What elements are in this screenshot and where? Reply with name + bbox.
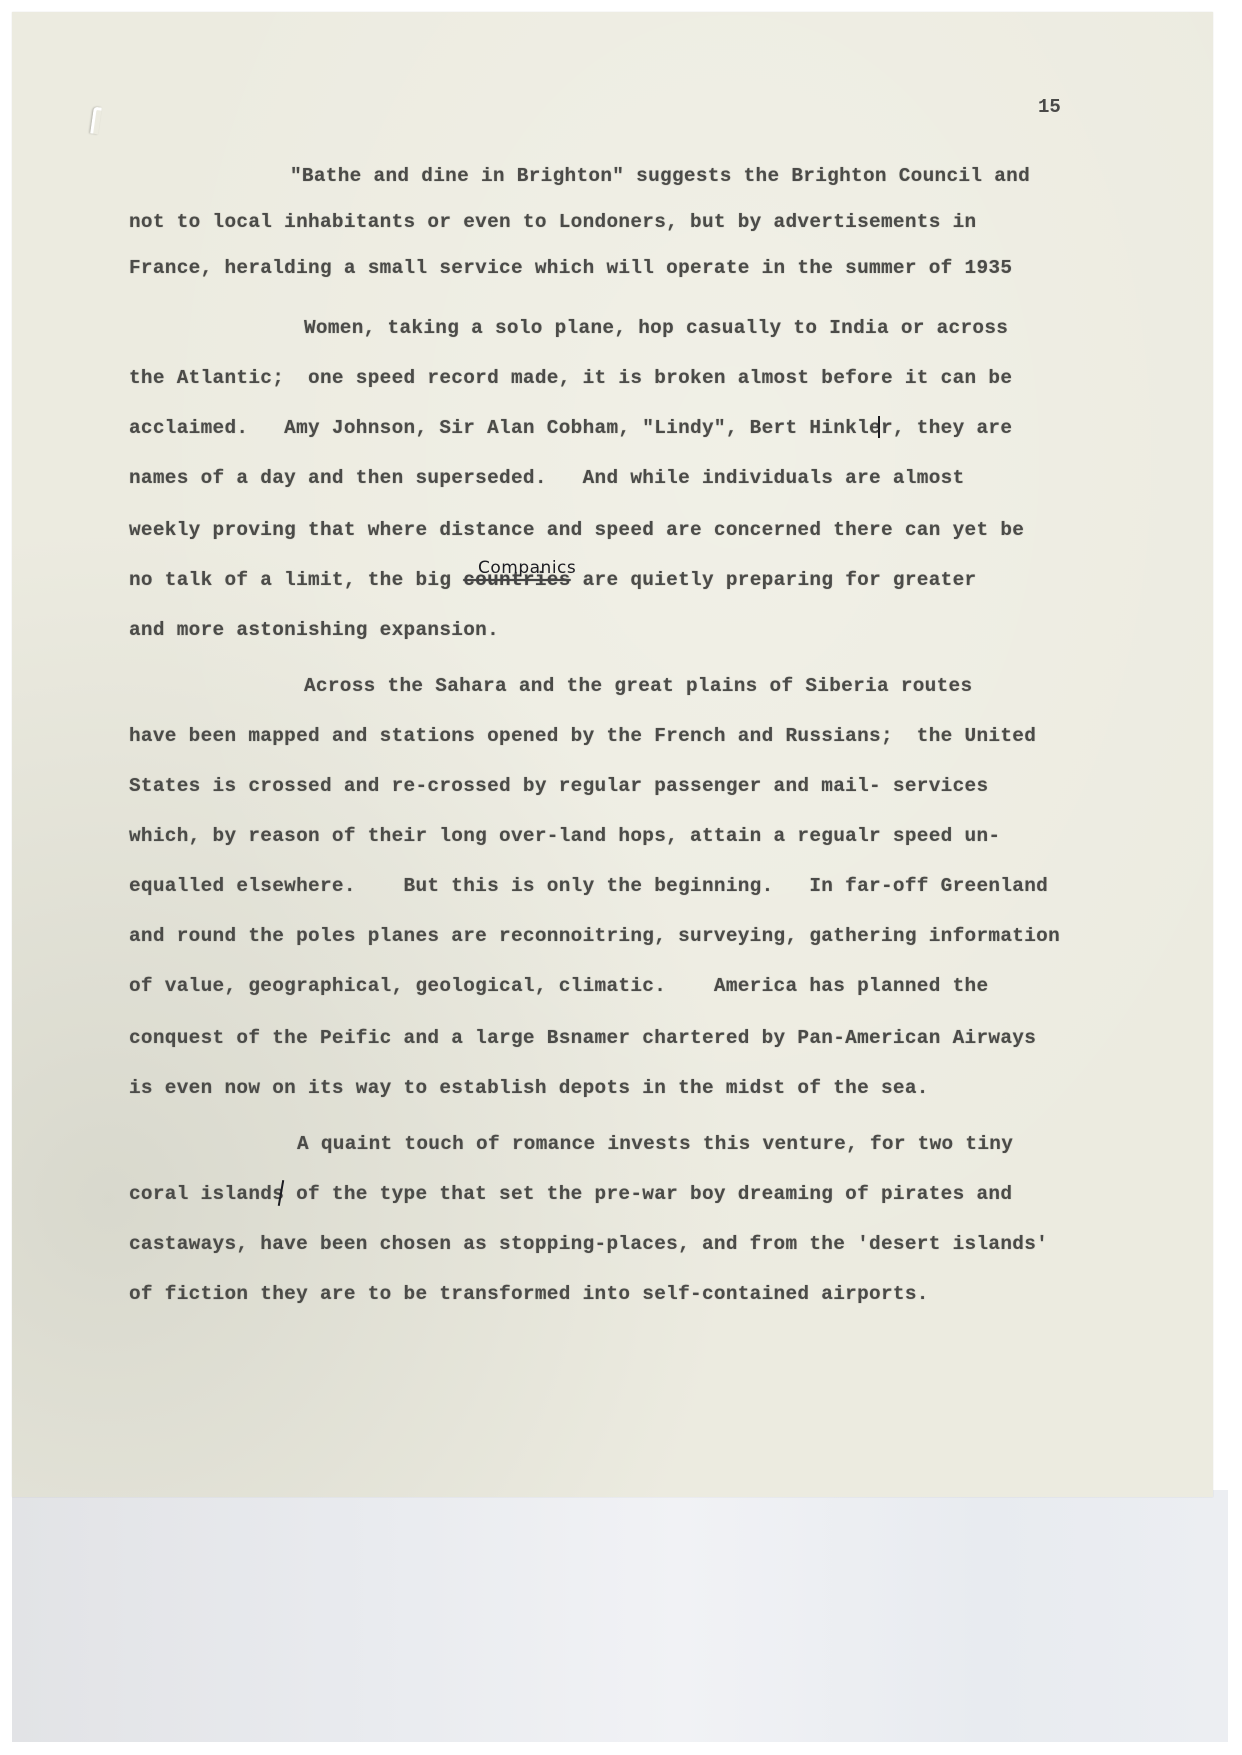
- text-segment: no talk of a limit, the big: [129, 569, 463, 591]
- text-line: States is crossed and re-crossed by regu…: [129, 775, 988, 797]
- text-line: conquest of the Peific and a large Bsnam…: [129, 1027, 1036, 1049]
- text-line: of value, geographical, geological, clim…: [129, 975, 988, 997]
- text-line: equalled elsewhere. But this is only the…: [129, 875, 1048, 897]
- page-number: 15: [1038, 96, 1061, 118]
- text-line: "Bathe and dine in Brighton" suggests th…: [290, 165, 1030, 187]
- pen-mark-hinkler: [878, 416, 880, 438]
- text-line: and round the poles planes are reconnoit…: [129, 925, 1060, 947]
- text-line: not to local inhabitants or even to Lond…: [129, 211, 976, 233]
- text-line: A quaint touch of romance invests this v…: [297, 1133, 1013, 1155]
- text-line: castaways, have been chosen as stopping-…: [129, 1233, 1048, 1255]
- text-line: of fiction they are to be transformed in…: [129, 1283, 929, 1305]
- text-segment: are quietly preparing for greater: [571, 569, 977, 591]
- text-line: weekly proving that where distance and s…: [129, 519, 1024, 541]
- typewritten-page: [12, 12, 1213, 1497]
- text-line: France, heralding a small service which …: [129, 257, 1012, 279]
- text-line: have been mapped and stations opened by …: [129, 725, 1036, 747]
- text-line: the Atlantic; one speed record made, it …: [129, 367, 1012, 389]
- text-line: Women, taking a solo plane, hop casually…: [304, 317, 1008, 339]
- text-line: names of a day and then superseded. And …: [129, 467, 965, 489]
- text-line: Across the Sahara and the great plains o…: [304, 675, 972, 697]
- text-line: coral islands of the type that set the p…: [129, 1183, 1012, 1205]
- text-line: is even now on its way to establish depo…: [129, 1077, 929, 1099]
- backing-sheet: [12, 1490, 1228, 1742]
- text-line: and more astonishing expansion.: [129, 619, 499, 641]
- text-line: which, by reason of their long over-land…: [129, 825, 1000, 847]
- handwritten-correction: Companics: [478, 558, 576, 578]
- staple-mark: [90, 107, 102, 135]
